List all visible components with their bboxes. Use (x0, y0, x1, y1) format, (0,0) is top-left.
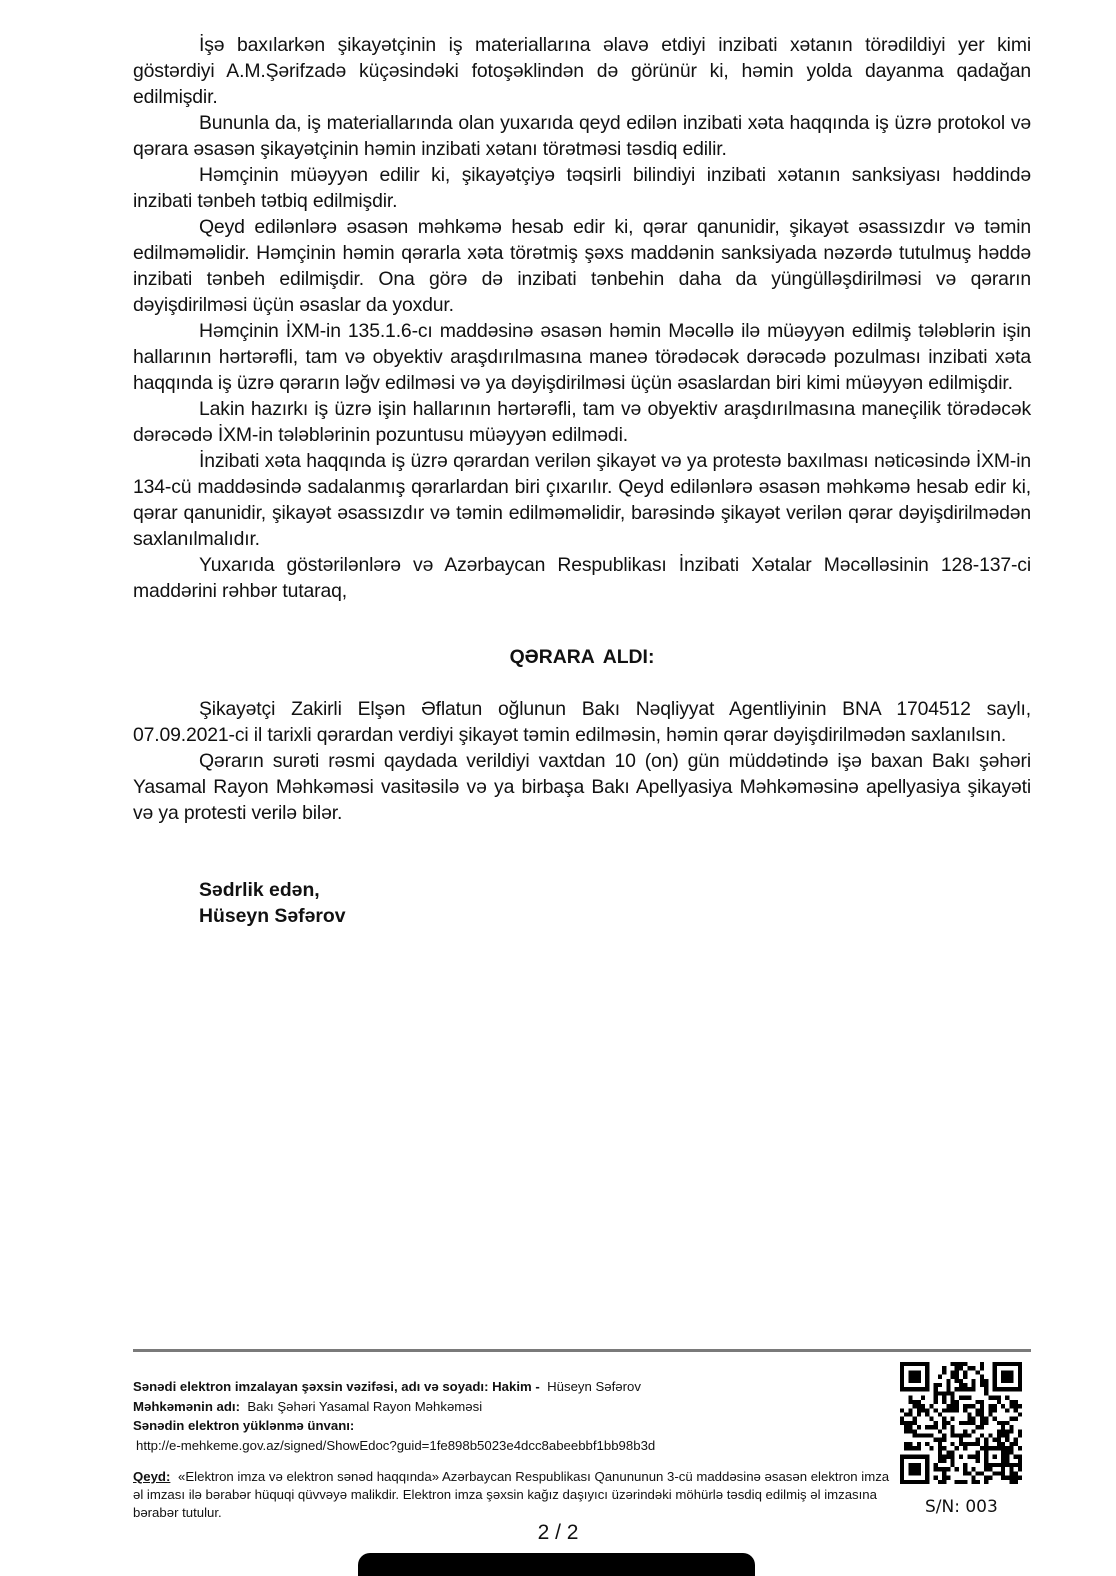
paragraph: İnzibati xəta haqqında iş üzrə qərardan … (133, 448, 1031, 552)
signature-block: Sədrlik edən, Hüseyn Səfərov (199, 877, 346, 929)
e-signature-meta: Sənədi elektron imzalayan şəxsin vəzifəs… (133, 1377, 655, 1455)
paragraph: İşə baxılarkən şikayətçinin iş materiall… (133, 32, 1031, 110)
signer-name: Hüseyn Səfərov (199, 903, 346, 929)
home-indicator-bar[interactable] (358, 1553, 755, 1576)
paragraph: Lakin hazırkı iş üzrə işin hallarının hə… (133, 396, 1031, 448)
paragraph: Qərarın surəti rəsmi qaydada verildiyi v… (133, 748, 1031, 826)
paragraph: Şikayətçi Zakirli Elşən Əflatun oğlunun … (133, 696, 1031, 748)
court-label: Məhkəmənin adı: (133, 1399, 240, 1414)
note-text: «Elektron imza və elektron sənəd haqqınd… (133, 1469, 889, 1520)
decision-body: Şikayətçi Zakirli Elşən Əflatun oğlunun … (133, 696, 1031, 826)
page-indicator: 2 / 2 (0, 1521, 1116, 1545)
paragraph: Həmçinin İXM-in 135.1.6-cı maddəsinə əsa… (133, 318, 1031, 396)
court-value: Bakı Şəhəri Yasamal Rayon Məhkəməsi (247, 1399, 482, 1414)
footer-divider (133, 1349, 1031, 1352)
paragraph: Həmçinin müəyyən edilir ki, şikayətçiyə … (133, 162, 1031, 214)
paragraph: Bununla da, iş materiallarında olan yuxa… (133, 110, 1031, 162)
signer-value: Hüseyn Səfərov (547, 1379, 641, 1394)
document-body: İşə baxılarkən şikayətçinin iş materiall… (133, 32, 1031, 604)
signer-role: Sədrlik edən, (199, 877, 346, 903)
legal-note: Qeyd: «Elektron imza və elektron sənəd h… (133, 1468, 893, 1522)
document-url[interactable]: http://e-mehkeme.gov.az/signed/ShowEdoc?… (133, 1436, 655, 1456)
decision-heading: QƏRARA ALDI: (133, 646, 1031, 669)
signer-label: Sənədi elektron imzalayan şəxsin vəzifəs… (133, 1379, 540, 1394)
serial-number: S/N: 003 (925, 1497, 998, 1517)
note-label: Qeyd: (133, 1469, 170, 1484)
paragraph: Yuxarıda göstərilənlərə və Azərbaycan Re… (133, 552, 1031, 604)
address-label: Sənədin elektron yüklənmə ünvanı: (133, 1416, 655, 1436)
paragraph: Qeyd edilənlərə əsasən məhkəmə hesab edi… (133, 214, 1031, 318)
qr-code-icon (900, 1362, 1022, 1484)
